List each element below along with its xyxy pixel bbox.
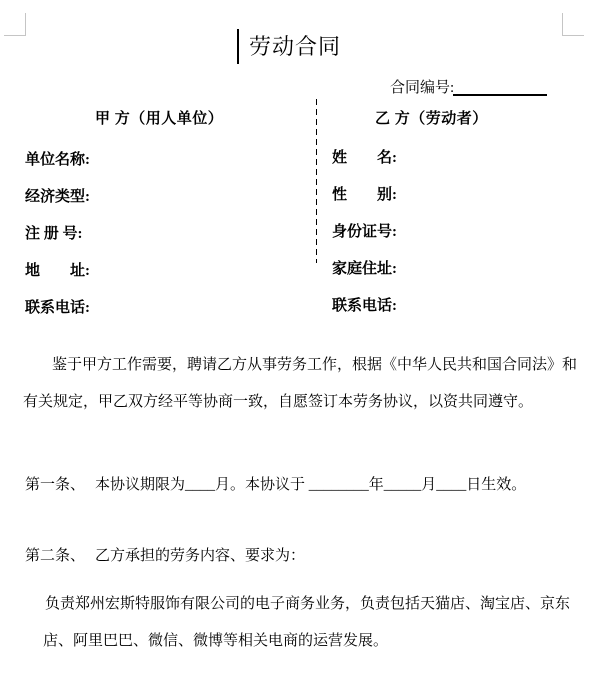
- duty-paragraph-line-2[interactable]: 店、阿里巴巴、微信、微博等相关电商的运营发展。: [43, 634, 388, 649]
- party-b-field-gender[interactable]: 性 别:: [332, 188, 397, 203]
- page-margin-mark-top-right: [562, 13, 584, 36]
- party-a-field-registration-no[interactable]: 注 册 号:: [25, 227, 83, 242]
- party-b-field-name[interactable]: 姓 名:: [332, 151, 397, 166]
- party-a-field-company-name[interactable]: 单位名称:: [25, 153, 90, 168]
- intro-paragraph-line-1[interactable]: 鉴于甲方工作需要，聘请乙方从事劳务工作，根据《中华人民共和国合同法》和: [52, 358, 577, 373]
- party-a-field-phone[interactable]: 联系电话:: [25, 301, 90, 316]
- clause-1-number[interactable]: 第一条、: [25, 478, 85, 493]
- party-b-field-home-address[interactable]: 家庭住址:: [332, 262, 397, 277]
- contract-number-label[interactable]: 合同编号:: [390, 81, 454, 96]
- party-b-heading[interactable]: 乙 方（劳动者）: [375, 112, 488, 127]
- page-margin-mark-top-left: [4, 13, 26, 36]
- party-a-field-economic-type[interactable]: 经济类型:: [25, 190, 90, 205]
- party-a-field-address[interactable]: 地 址:: [25, 264, 90, 279]
- duty-paragraph-line-1[interactable]: 负责郑州宏斯特服饰有限公司的电子商务业务，负责包括天猫店、淘宝店、京东: [45, 597, 570, 612]
- clause-1-text[interactable]: 本协议期限为____月。本协议于 ________年_____月____日生效。: [95, 478, 526, 493]
- party-a-heading[interactable]: 甲 方（用人单位）: [95, 112, 223, 127]
- document-title[interactable]: 劳动合同: [0, 36, 590, 58]
- document-page[interactable]: 劳动合同 合同编号: 甲 方（用人单位） 单位名称: 经济类型: 注 册 号: …: [0, 0, 590, 690]
- party-b-field-id-number[interactable]: 身份证号:: [332, 225, 397, 240]
- column-divider-dashed-line: [316, 99, 317, 263]
- clause-2-number[interactable]: 第二条、: [25, 549, 85, 564]
- contract-number-blank-line[interactable]: [453, 79, 547, 96]
- party-b-field-phone[interactable]: 联系电话:: [332, 299, 397, 314]
- clause-2-text[interactable]: 乙方承担的劳务内容、要求为：: [95, 549, 305, 564]
- intro-paragraph-line-2[interactable]: 有关规定，甲乙双方经平等协商一致，自愿签订本劳务协议，以资共同遵守。: [23, 395, 533, 410]
